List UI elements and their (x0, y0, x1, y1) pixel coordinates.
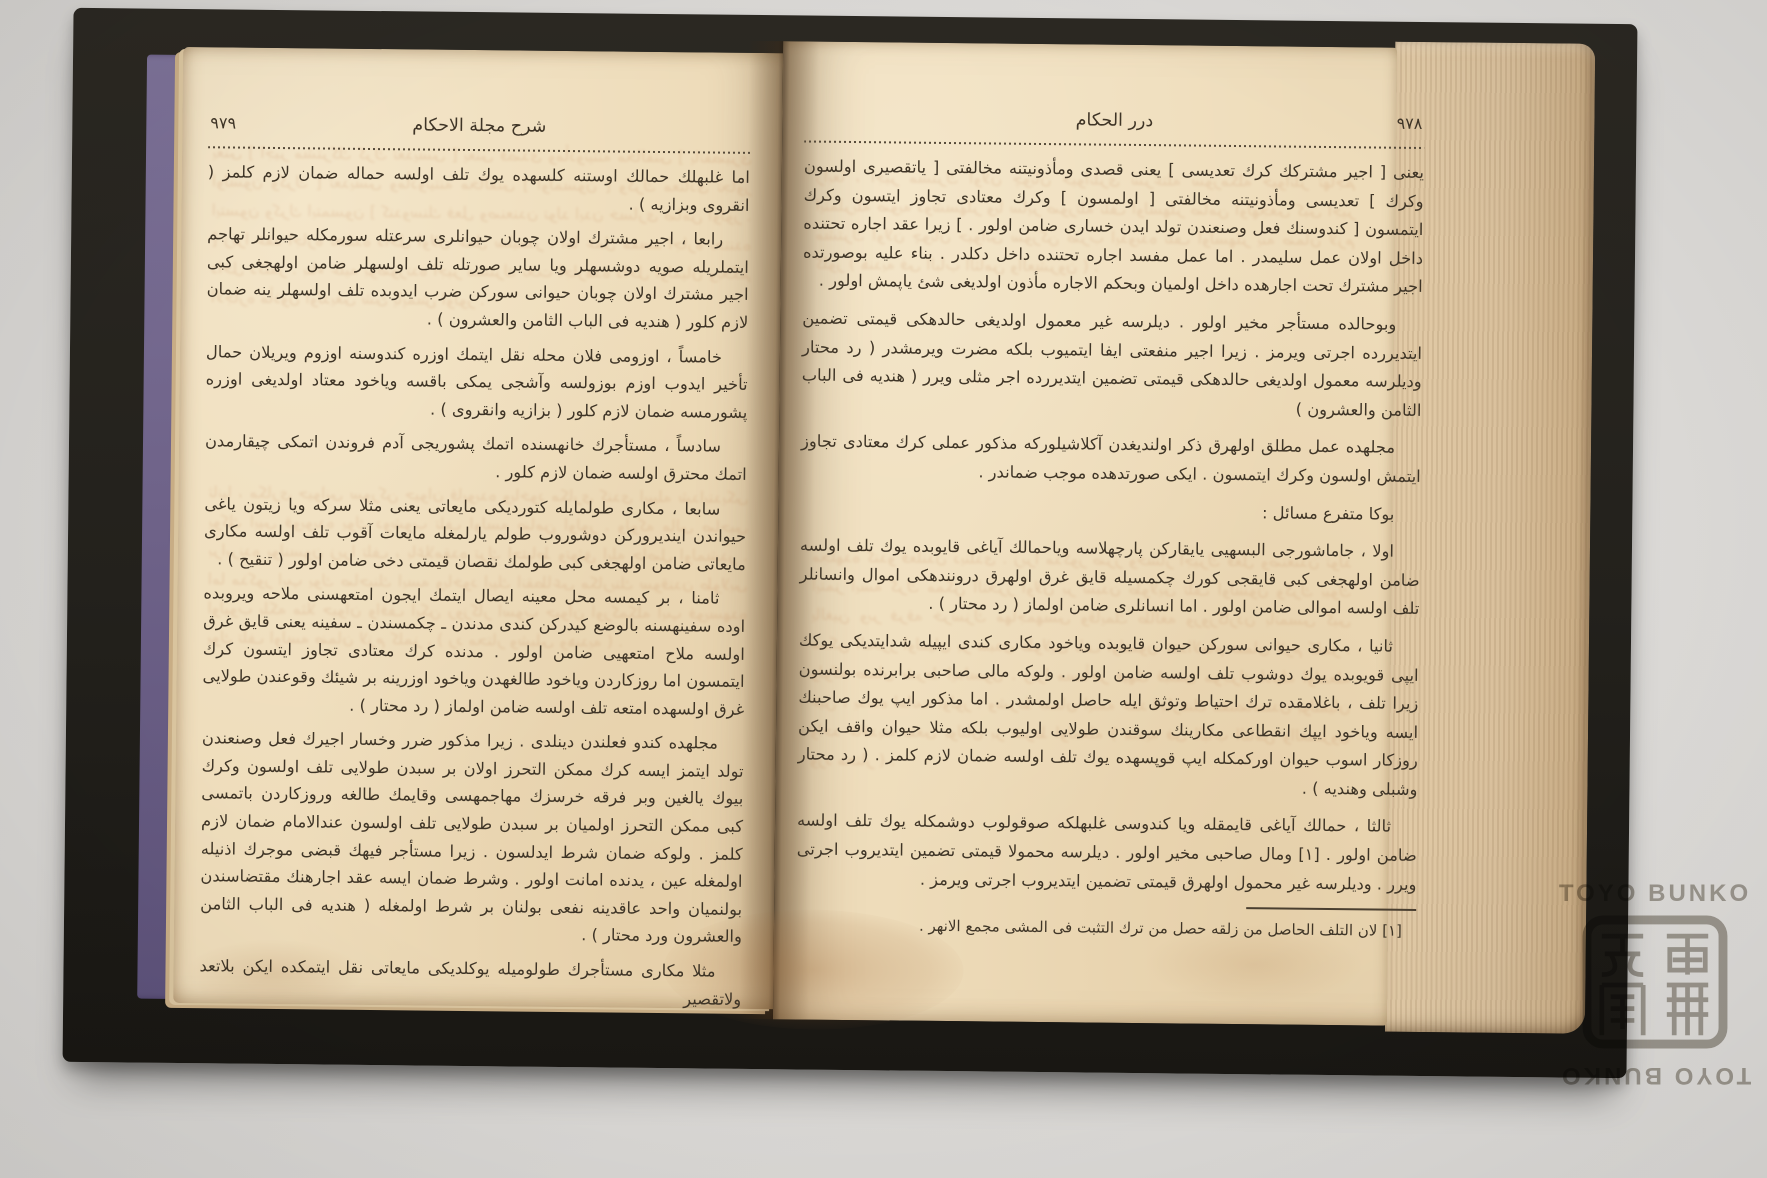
paragraph: سادساً ، مستأجرك خانهسنده اتمك پشوريجى آ… (205, 428, 748, 489)
paragraph: رابعا ، اجير مشترك اولان چوبان حيوانلرى … (206, 220, 749, 336)
paragraph: مجلهده كندو فعلندن دينلدى . زيرا مذكور ض… (200, 725, 744, 951)
paragraph: ثالثا ، حمالك آياغى قايمقله ويا كندوسى غ… (796, 807, 1417, 899)
right-page-header: درر الحكام ٩٧٨ (804, 108, 1424, 144)
paragraph: ثامنا ، بر كيمسه محل معينه ايصال ايتمك ا… (202, 580, 745, 724)
paragraph: اولا ، جاماشورجى البسهيى يايقاركن پارچهل… (799, 532, 1420, 624)
right-page-text-column: درر الحكام ٩٧٨ يعنى [ اجير مشتركك كرك تع… (796, 108, 1425, 944)
paragraph: مجلهده عمل مطلق اولهرق ذكر اولنديغدن آكل… (801, 428, 1422, 492)
paragraph: يعنى [ اجير مشتركك كرك تعديسى ] يعنى قصد… (803, 152, 1424, 301)
paragraph: وبوحالده مستأجر مخير اولور . ديلرسه غير … (801, 304, 1422, 425)
right-running-title: درر الحكام (1076, 110, 1154, 131)
paragraph: سابعا ، مكارى طولمايله كتورديكى مايعاتى … (204, 490, 747, 578)
left-page-header: ٩٧٩ شرح مجلة الاحكام (208, 113, 750, 149)
paragraph: خامساً ، اوزومى فلان محله نقل ايتمك اوزر… (205, 338, 748, 426)
left-page-number: ٩٧٩ (210, 113, 236, 132)
paragraph: اما غلبهلك حمالك اوستنه كلسهده يوك تلف ا… (207, 158, 750, 219)
right-page-number: ٩٧٨ (1397, 114, 1423, 133)
paragraph: مثلا مكارى مستأجرك طولوميله يوكلديكى ماي… (199, 952, 742, 1013)
paragraph: بوكا متفرع مسائل : (800, 494, 1420, 529)
left-running-title: شرح مجلة الاحكام (412, 115, 546, 136)
footnote-separator (1246, 907, 1416, 911)
book-photograph: يعنى [ اجير مشتركك كرك تعديسى ] يعنى قصد… (0, 0, 1767, 1178)
left-page-text-column: ٩٧٩ شرح مجلة الاحكام اما غلبهلك حمالك او… (199, 113, 750, 1020)
paragraph: ثانيا ، مكارى حيوانى سوركن حيوان قايوبده… (797, 626, 1419, 804)
book: يعنى [ اجير مشتركك كرك تعديسى ] يعنى قصد… (63, 8, 1638, 1078)
